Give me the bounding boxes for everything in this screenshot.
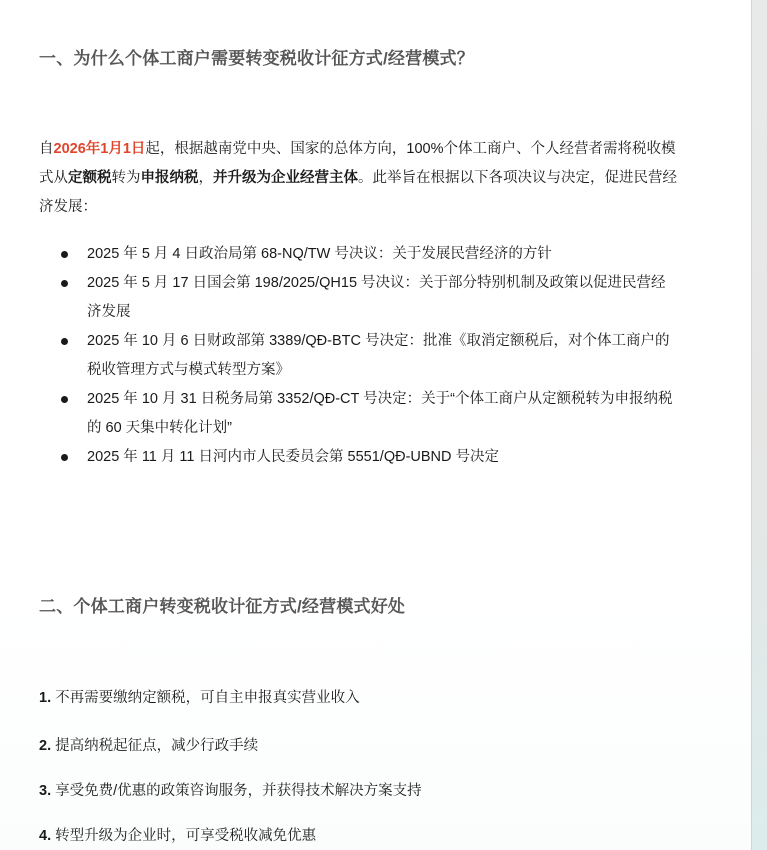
section1-heading: 一、为什么个体工商户需要转变税收计征方式/经营模式？ [39,44,474,69]
benefit-text: 享受免费/优惠的政策咨询服务，并获得技术解决方案支持 [55,783,422,799]
intro-bold-fixed-tax: 定额税 [68,170,112,186]
section2-heading: 二、个体工商户转变税收计征方式/经营模式好处 [39,592,405,617]
reference-text: 2025 年 10 月 6 日财政部第 3389/QĐ-BTC 号决定：批准《取… [87,333,670,378]
intro-part3: ， [199,170,214,186]
bullet-icon [61,280,68,287]
intro-part2: 转为 [112,170,141,186]
benefit-item: 3. 享受免费/优惠的政策咨询服务，并获得技术解决方案支持 [39,779,422,800]
intro-date-highlight: 2026年1月1日 [54,141,146,157]
reference-item: 2025 年 11 月 11 日河内市人民委员会第 5551/QĐ-UBND 号… [39,443,679,472]
intro-prefix: 自 [39,141,54,157]
scrollbar-track[interactable] [751,0,767,850]
reference-text: 2025 年 10 月 31 日税务局第 3352/QĐ-CT 号决定：关于“个… [87,391,672,436]
benefit-item: 2. 提高纳税起征点，减少行政手续 [39,734,258,755]
bullet-icon [61,251,68,258]
section1-intro-paragraph: 自2026年1月1日起，根据越南党中央、国家的总体方向，100%个体工商户、个人… [39,135,679,222]
intro-bold-declared-tax: 申报纳税 [141,170,199,186]
benefit-number: 2. [39,738,51,754]
benefit-number: 4. [39,828,51,844]
reference-text: 2025 年 5 月 17 日国会第 198/2025/QH15 号决议：关于部… [87,275,666,320]
reference-item: 2025 年 10 月 31 日税务局第 3352/QĐ-CT 号决定：关于“个… [39,385,679,443]
bullet-icon [61,338,68,345]
document-page: 一、为什么个体工商户需要转变税收计征方式/经营模式？ 自2026年1月1日起，根… [0,0,751,850]
intro-bold-upgrade: 并升级为企业经营主体 [213,170,358,186]
benefit-item: 1. 不再需要缴纳定额税，可自主申报真实营业收入 [39,686,360,707]
benefit-text: 转型升级为企业时，可享受税收减免优惠 [55,828,316,844]
reference-item: 2025 年 10 月 6 日财政部第 3389/QĐ-BTC 号决定：批准《取… [39,327,679,385]
reference-item: 2025 年 5 月 17 日国会第 198/2025/QH15 号决议：关于部… [39,269,679,327]
bullet-icon [61,396,68,403]
benefit-number: 1. [39,690,51,706]
benefit-text: 不再需要缴纳定额税，可自主申报真实营业收入 [55,690,360,706]
reference-text: 2025 年 11 月 11 日河内市人民委员会第 5551/QĐ-UBND 号… [87,449,499,465]
reference-text: 2025 年 5 月 4 日政治局第 68-NQ/TW 号决议：关于发展民营经济… [87,246,552,262]
benefit-text: 提高纳税起征点，减少行政手续 [55,738,258,754]
benefit-number: 3. [39,783,51,799]
bullet-icon [61,454,68,461]
benefit-item: 4. 转型升级为企业时，可享受税收减免优惠 [39,824,316,845]
reference-item: 2025 年 5 月 4 日政治局第 68-NQ/TW 号决议：关于发展民营经济… [39,240,679,269]
reference-list: 2025 年 5 月 4 日政治局第 68-NQ/TW 号决议：关于发展民营经济… [39,240,679,472]
